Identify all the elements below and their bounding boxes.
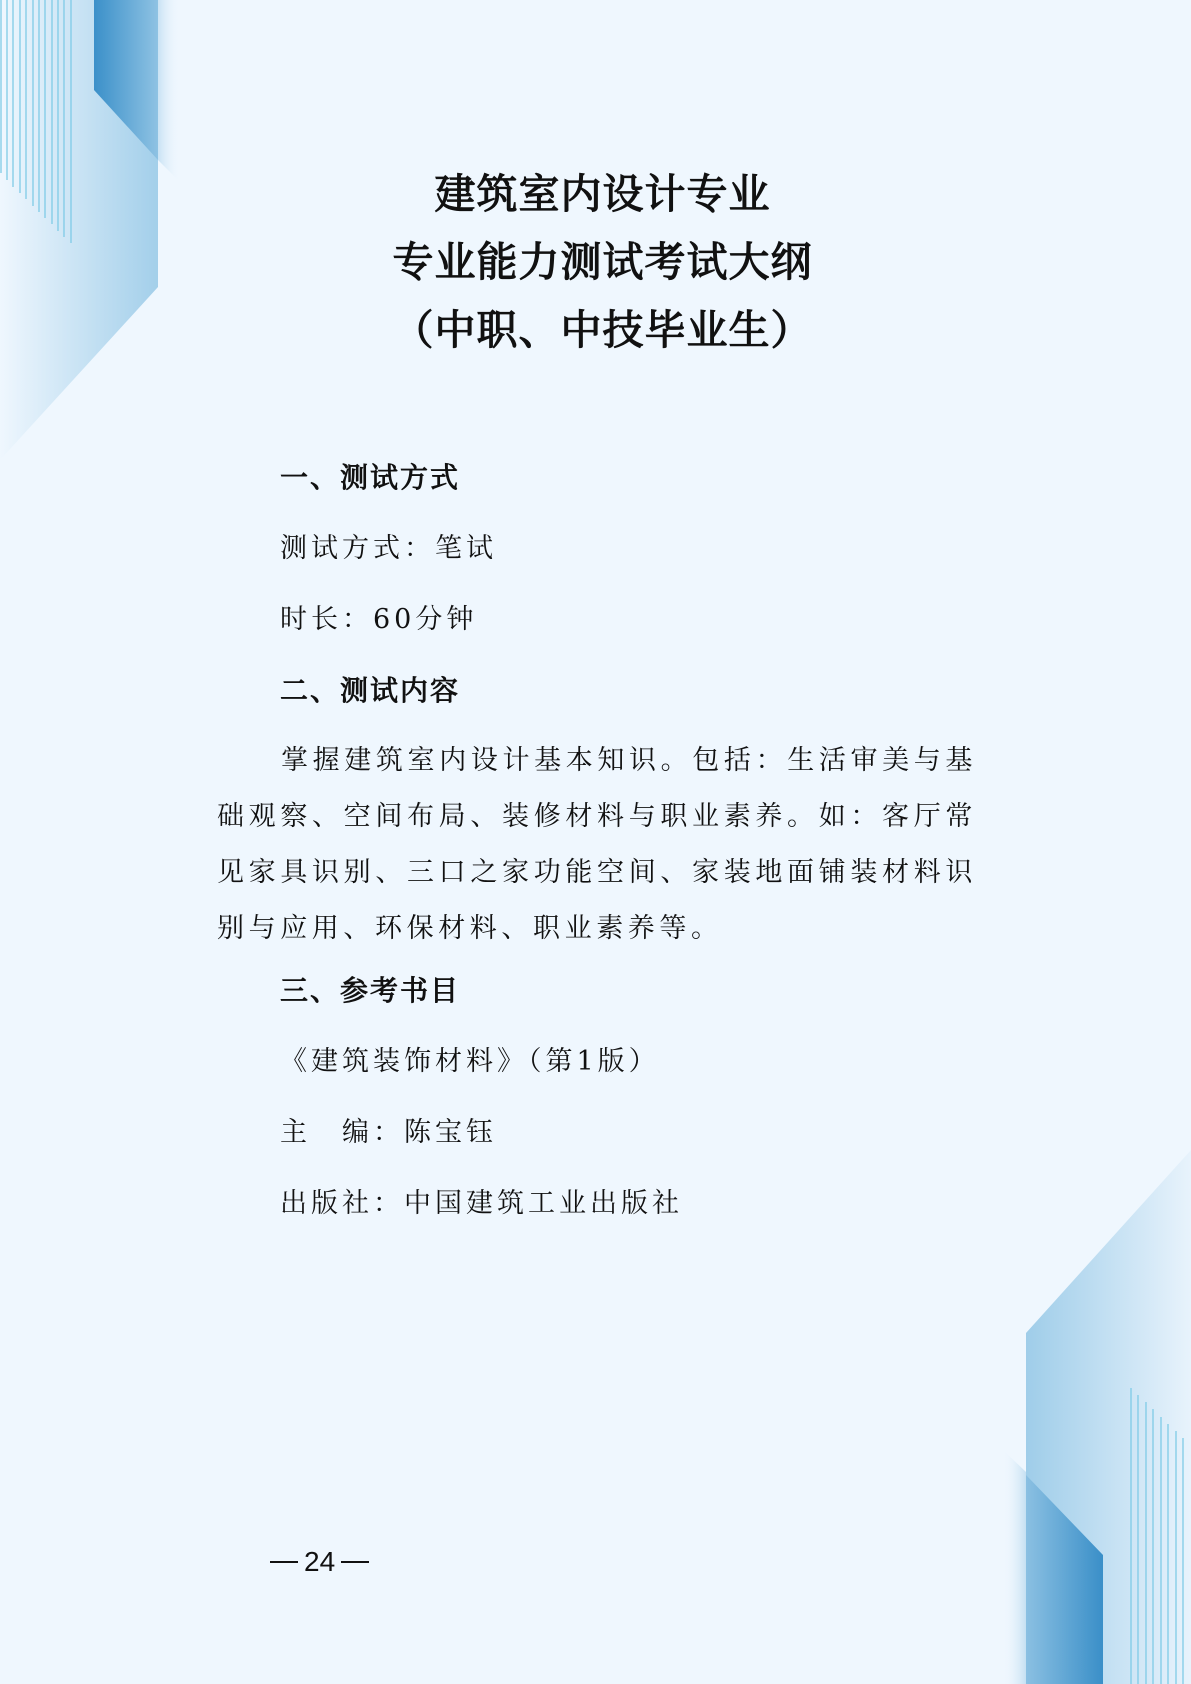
reference-book-editor: 主 编：陈宝钰 xyxy=(217,1115,977,1186)
duration-line: 时长：60分钟 xyxy=(217,602,977,673)
page-number: 24 xyxy=(270,1546,369,1578)
section-heading-test-method: 一、测试方式 xyxy=(217,460,977,531)
test-content-paragraph: 掌握建筑室内设计基本知识。包括：生活审美与基础观察、空间布局、装修材料与职业素养… xyxy=(217,733,977,957)
document-body: 一、测试方式 测试方式：笔试 时长：60分钟 二、测试内容 掌握建筑室内设计基本… xyxy=(217,460,977,1257)
title-line-2: 专业能力测试考试大纲 xyxy=(14,228,1191,296)
title-line-3: （中职、中技毕业生） xyxy=(14,296,1191,364)
test-method-line: 测试方式：笔试 xyxy=(217,531,977,602)
document-title: 建筑室内设计专业 专业能力测试考试大纲 （中职、中技毕业生） xyxy=(0,160,1191,364)
dash-right xyxy=(341,1561,369,1563)
dash-left xyxy=(270,1561,298,1563)
reference-book-title: 《建筑装饰材料》（第1版） xyxy=(217,1044,977,1115)
reference-book-publisher: 出版社：中国建筑工业出版社 xyxy=(217,1186,977,1257)
page-number-value: 24 xyxy=(304,1546,335,1578)
title-line-1: 建筑室内设计专业 xyxy=(14,160,1191,228)
section-heading-reference-books: 三、参考书目 xyxy=(217,973,977,1044)
